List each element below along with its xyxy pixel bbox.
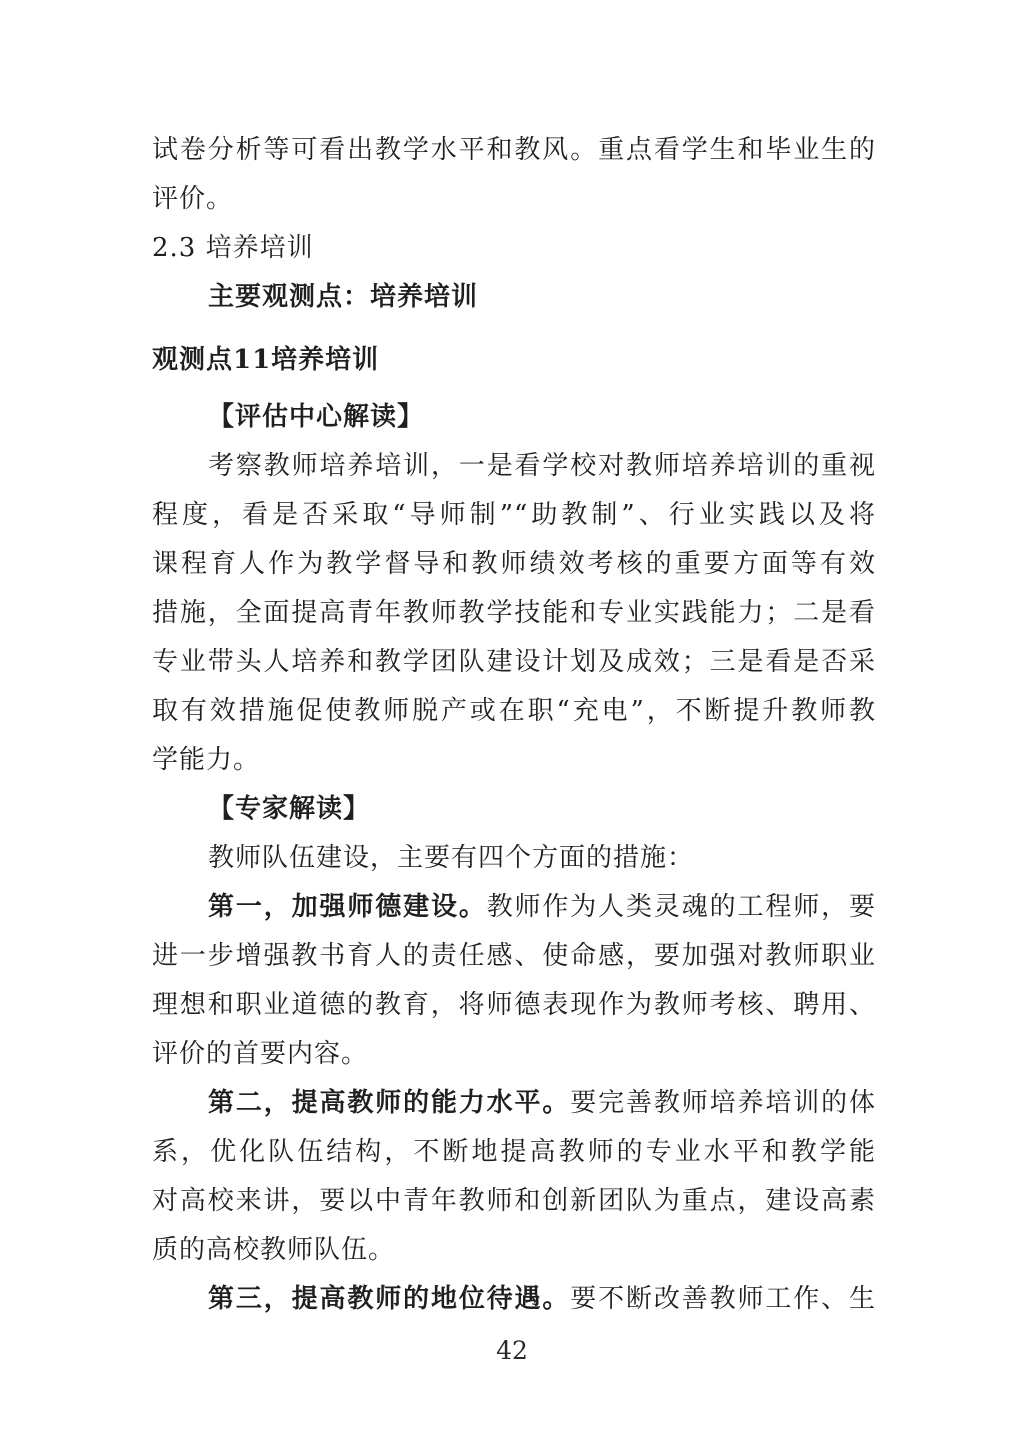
text-line: 学能力。: [152, 736, 876, 785]
point2-rest: 要完善教师培养培训的体: [570, 1088, 876, 1118]
document-page: 试卷分析等可看出教学水平和教风。重点看学生和毕业生的 评价。 2.3 培养培训 …: [0, 0, 1024, 1448]
page-number: 42: [0, 1336, 1024, 1365]
text-line: 第二，提高教师的能力水平。要完善教师培养培训的体: [152, 1079, 876, 1128]
center-reading-title: 【评估中心解读】: [152, 393, 876, 442]
key-observation-heading: 主要观测点：培养培训: [152, 273, 876, 322]
text-line: 理想和职业道德的教育，将师德表现作为教师考核、聘用、: [152, 981, 876, 1030]
text-line: 取有效措施促使教师脱产或在职“充电”，不断提升教师教: [152, 687, 876, 736]
text-line: 课程育人作为教学督导和教师绩效考核的重要方面等有效: [152, 540, 876, 589]
text-block: 试卷分析等可看出教学水平和教风。重点看学生和毕业生的 评价。 2.3 培养培训 …: [152, 126, 876, 1324]
text-line: 考察教师培养培训，一是看学校对教师培养培训的重视: [152, 442, 876, 491]
text-line: 试卷分析等可看出教学水平和教风。重点看学生和毕业生的: [152, 126, 876, 175]
point1-rest: 教师作为人类灵魂的工程师，要: [487, 892, 876, 922]
text-line: 专业带头人培养和教学团队建设计划及成效；三是看是否采: [152, 638, 876, 687]
text-line: 对高校来讲，要以中青年教师和创新团队为重点，建设高素: [152, 1177, 876, 1226]
text-line: 教师队伍建设，主要有四个方面的措施：: [152, 834, 876, 883]
text-line: 程度，看是否采取“导师制”“助教制”、行业实践以及将: [152, 491, 876, 540]
text-line: 进一步增强教书育人的责任感、使命感，要加强对教师职业: [152, 932, 876, 981]
expert-reading-title: 【专家解读】: [152, 785, 876, 834]
point3-rest: 要不断改善教师工作、生: [570, 1284, 876, 1314]
section-heading-2-3: 2.3 培养培训: [152, 224, 876, 273]
text-line: 系，优化队伍结构，不断地提高教师的专业水平和教学能力。: [152, 1128, 876, 1177]
point2-lead: 第二，提高教师的能力水平。: [208, 1088, 570, 1118]
text-line: 质的高校教师队伍。: [152, 1226, 876, 1275]
text-line: 评价的首要内容。: [152, 1030, 876, 1079]
text-line: 第一，加强师德建设。教师作为人类灵魂的工程师，要: [152, 883, 876, 932]
text-line: 第三，提高教师的地位待遇。要不断改善教师工作、生: [152, 1275, 876, 1324]
point3-lead: 第三，提高教师的地位待遇。: [208, 1284, 570, 1314]
text-line: 措施，全面提高青年教师教学技能和专业实践能力；二是看: [152, 589, 876, 638]
text-line: 评价。: [152, 175, 876, 224]
observation-point-heading: 观测点11培养培训: [152, 336, 876, 385]
point1-lead: 第一，加强师德建设。: [208, 892, 487, 922]
